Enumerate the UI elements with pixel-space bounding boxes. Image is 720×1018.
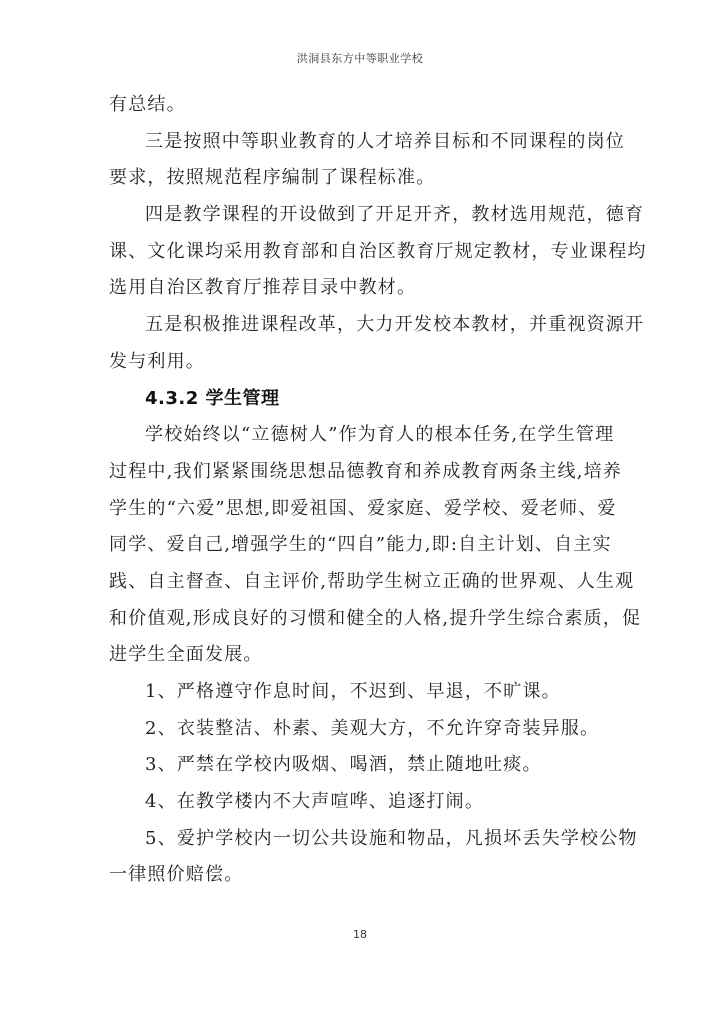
paragraph-line: 践、自主督查、自主评价,帮助学生树立正确的世界观、人生观 [109,564,611,601]
paragraph-line: 四是教学课程的开设做到了开足开齐，教材选用规范，德育 [109,197,611,234]
paragraph-line: 要求，按照规范程序编制了课程标准。 [109,160,611,197]
document-body: 有总结。 三是按照中等职业教育的人才培养目标和不同课程的岗位 要求，按照规范程序… [109,87,611,894]
paragraph-line: 五是积极推进课程改革，大力开发校本教材，并重视资源开 [109,307,611,344]
page-number: 18 [0,928,720,941]
paragraph-line: 发与利用。 [109,344,611,381]
list-item: 4、在教学楼内不大声喧哗、追逐打闹。 [109,784,611,821]
list-item: 1、严格遵守作息时间，不迟到、早退，不旷课。 [109,674,611,711]
page-header: 洪洞县东方中等职业学校 [0,50,720,66]
paragraph-line: 三是按照中等职业教育的人才培养目标和不同课程的岗位 [109,124,611,161]
paragraph-line: 选用自治区教育厅推荐目录中教材。 [109,270,611,307]
section-heading: 4.3.2 学生管理 [109,381,611,418]
paragraph-line: 和价值观,形成良好的习惯和健全的人格,提升学生综合素质，促 [109,601,611,638]
list-item-continuation: 一律照价赔偿。 [109,857,611,894]
paragraph-line: 学生的“六爱”思想,即爱祖国、爱家庭、爱学校、爱老师、爱 [109,491,611,528]
list-item: 5、爱护学校内一切公共设施和物品，凡损坏丢失学校公物 [109,821,611,858]
paragraph-line: 学校始终以“立德树人”作为育人的根本任务,在学生管理 [109,417,611,454]
paragraph-line: 课、文化课均采用教育部和自治区教育厅规定教材，专业课程均 [109,234,611,271]
list-item: 2、衣装整洁、朴素、美观大方，不允许穿奇装异服。 [109,711,611,748]
paragraph-line: 同学、爱自己,增强学生的“四自”能力,即:自主计划、自主实 [109,527,611,564]
list-item: 3、严禁在学校内吸烟、喝酒，禁止随地吐痰。 [109,747,611,784]
paragraph-line: 有总结。 [109,87,611,124]
paragraph-line: 过程中,我们紧紧围绕思想品德教育和养成教育两条主线,培养 [109,454,611,491]
paragraph-line: 进学生全面发展。 [109,637,611,674]
